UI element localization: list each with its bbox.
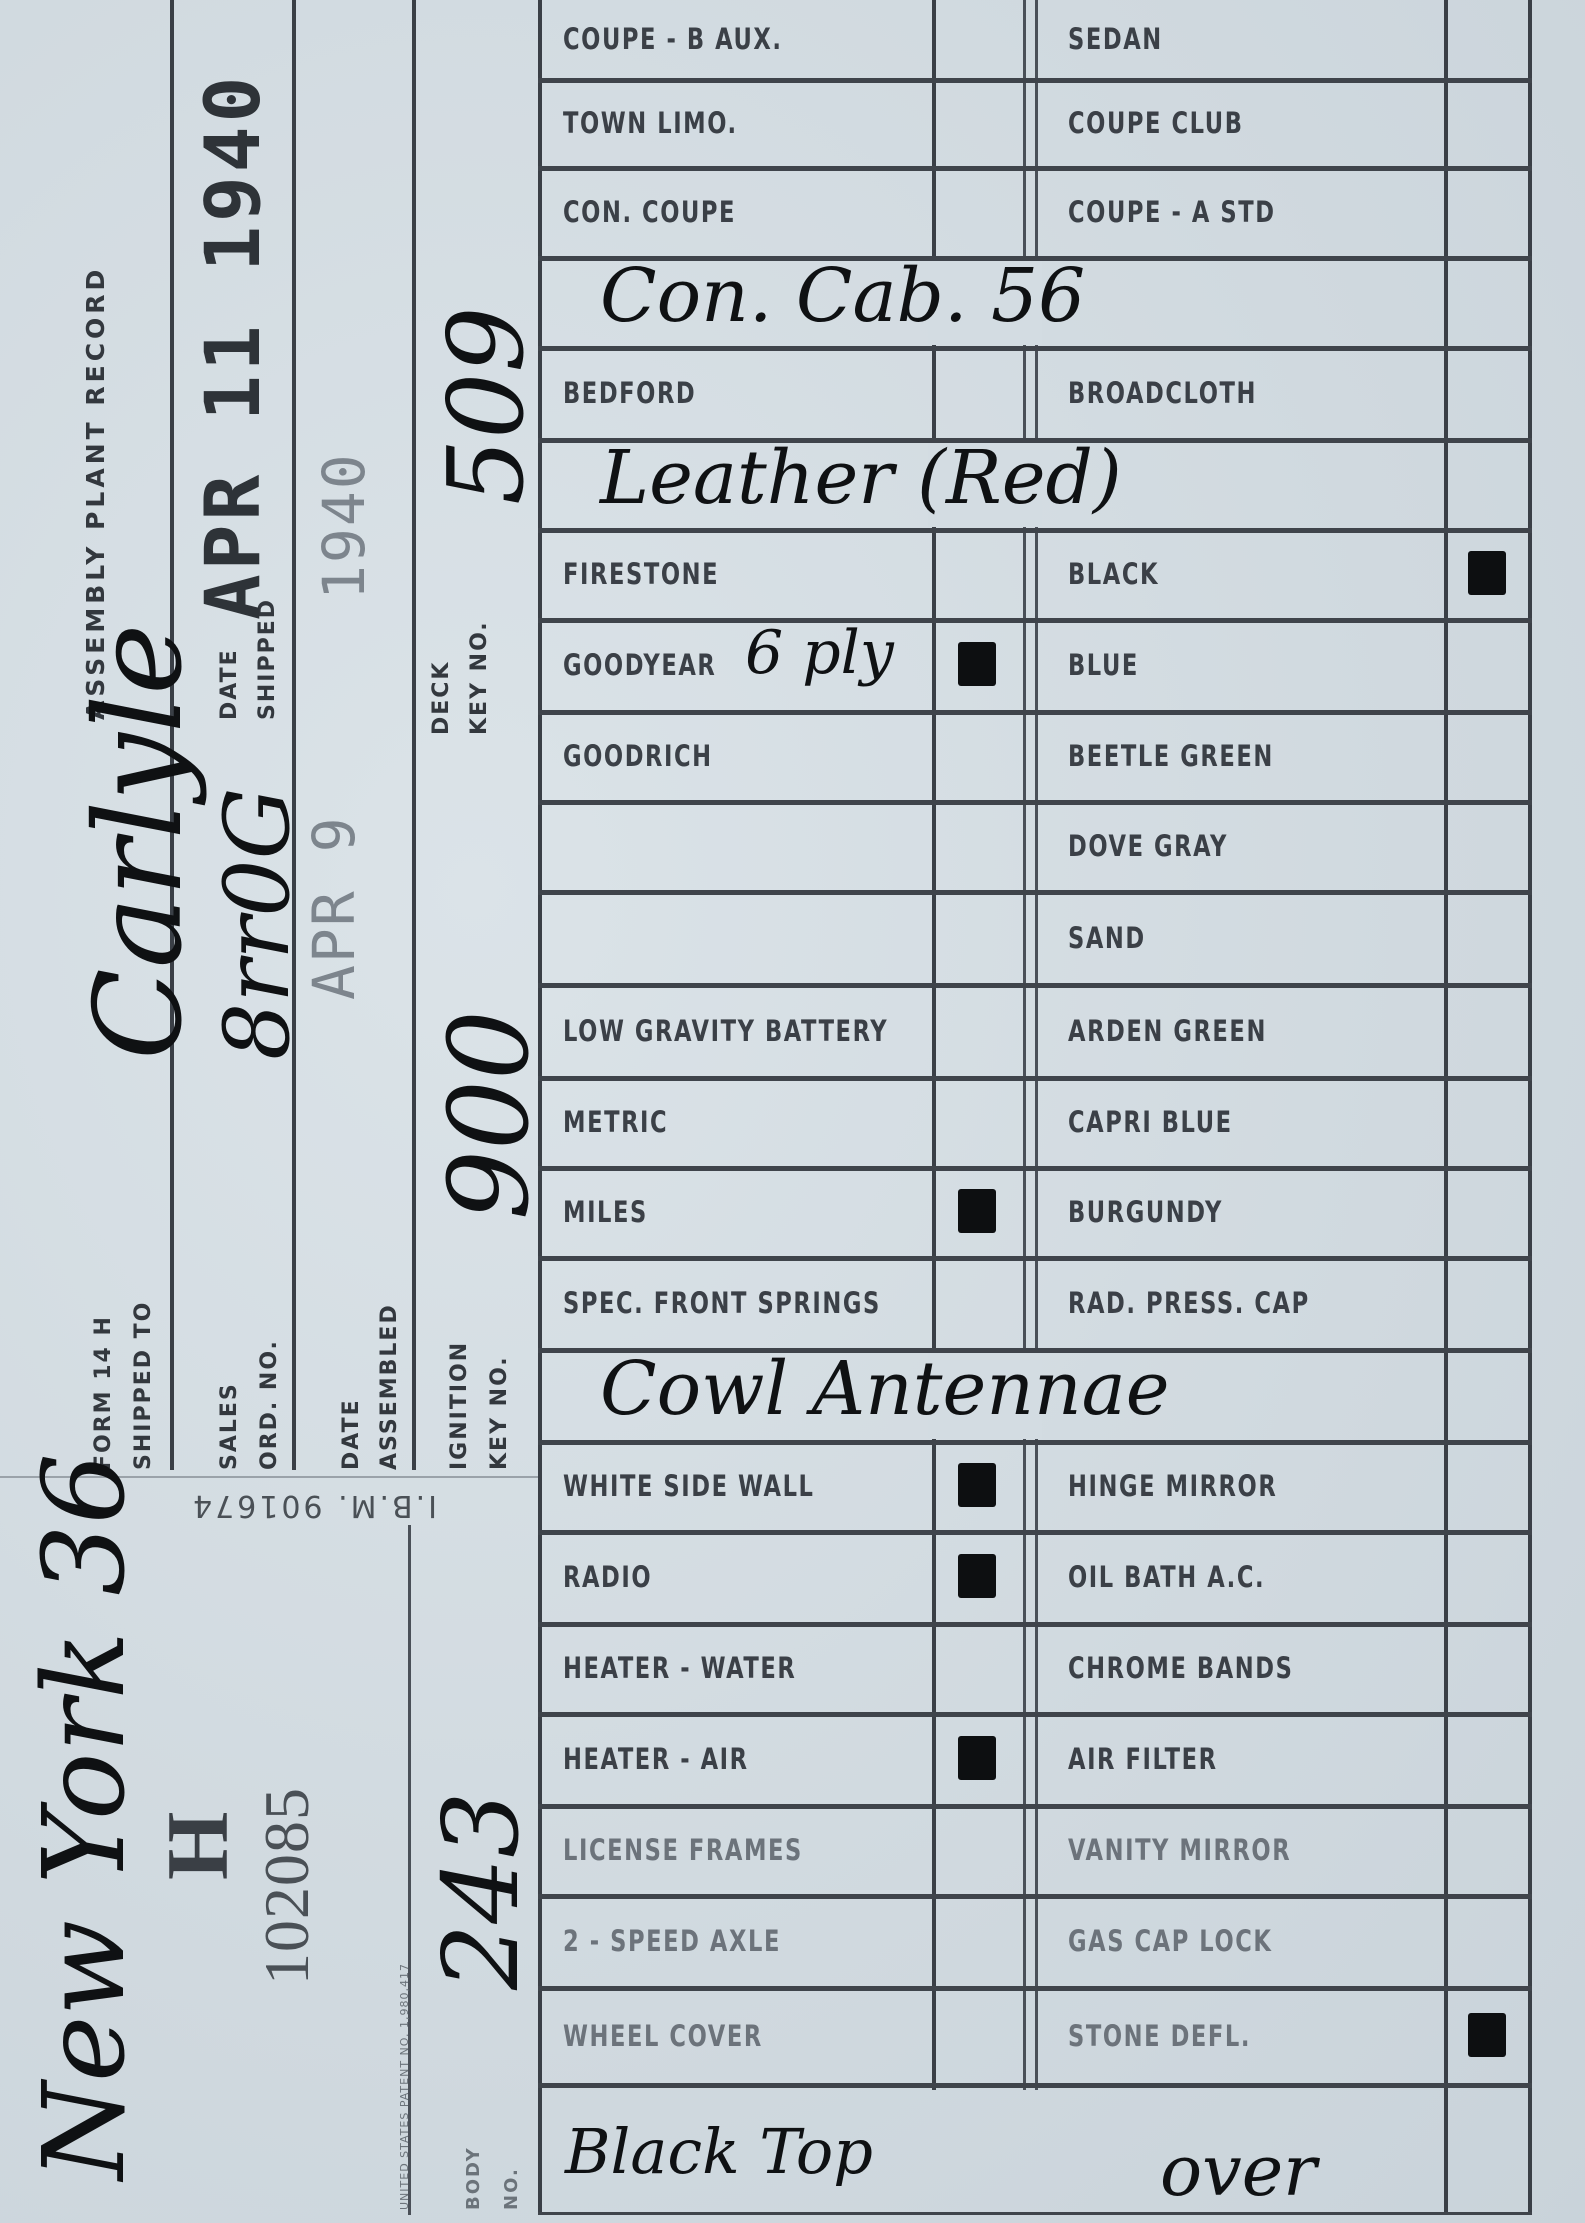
option-label-left: LOW GRAVITY BATTERY [563,1014,888,1048]
grid-right-border [1528,0,1532,2215]
left-divider-2 [292,0,296,1470]
patent-text: UNITED STATES PATENT NO. 1,980,417 [398,1963,411,2210]
deck-key-label-1: DECK [430,661,454,735]
checkbox-left[interactable] [936,1171,1023,1255]
grid-row-line [538,78,1532,83]
date-assembled-day[interactable]: APR 9 [300,815,368,1000]
option-label-left: GOODRICH [563,739,713,773]
shipped-to-label: SHIPPED TO [132,1301,156,1470]
option-label-right: BROADCLOTH [1068,376,1257,410]
handwritten-row-span [936,443,1444,527]
date-assembled-label-1: DATE [340,1398,364,1470]
sales-order-number[interactable]: 8rr0G [205,788,310,1060]
grid-row-line [538,1622,1532,1627]
option-label-right: STONE DEFL. [1068,2019,1251,2053]
option-label-right: RAD. PRESS. CAP [1068,1286,1310,1320]
checkbox-right[interactable] [1448,623,1528,709]
check-mark-icon [958,642,996,686]
check-mark-icon [958,1189,996,1233]
option-label-right: AIR FILTER [1068,1742,1218,1776]
date-shipped-value[interactable]: APR 11 1940 [188,73,277,620]
grid-row-line [538,1440,1532,1445]
check-mark-icon [1468,2013,1506,2057]
grid-row-line [538,1076,1532,1081]
grid-row-line [538,1894,1532,1899]
checkbox-right[interactable] [1448,1535,1528,1621]
grid-row-line [538,1166,1532,1171]
checkbox-right[interactable] [1448,895,1528,982]
checkbox-right[interactable] [1448,715,1528,799]
option-label-left: SPEC. FRONT SPRINGS [563,1286,881,1320]
ibm-form-number: I.B.M. 901674 [190,1488,437,1523]
option-label-left: BEDFORD [563,376,696,410]
grid-row-line [538,1530,1532,1535]
option-note: 6 ply [745,618,894,688]
option-label-right: CAPRI BLUE [1068,1105,1233,1139]
checkbox-right[interactable] [1448,1899,1528,1985]
body-number-handwritten[interactable]: 243 [420,1791,542,1990]
ord-no-label: ORD. NO. [258,1339,282,1470]
grid-row-line [538,800,1532,805]
deck-key-label-2: KEY NO. [468,620,492,735]
grid-row-line [538,983,1532,988]
option-label-right: BEETLE GREEN [1068,739,1274,773]
option-label-right: HINGE MIRROR [1068,1469,1277,1503]
option-label-left: LICENSE FRAMES [563,1833,803,1867]
grid-row-line [538,710,1532,715]
checkbox-right[interactable] [1448,1627,1528,1711]
body-stamp-number: 102085 [250,1787,324,1985]
handwritten-row-span [936,261,1444,345]
checkbox-left[interactable] [936,3,1023,77]
option-label-right: SEDAN [1068,22,1163,56]
checkbox-left[interactable] [936,171,1023,255]
form-number-label: FORM 14 H [92,1315,116,1470]
option-label-left: COUPE - B AUX. [563,22,783,56]
left-divider-3 [412,0,416,1470]
date-assembled-label-2: ASSEMBLED [378,1303,402,1470]
date-assembled-year[interactable]: 1940 [310,452,378,600]
option-label-right: VANITY MIRROR [1068,1833,1291,1867]
option-label-left: HEATER - WATER [563,1651,796,1685]
checkbox-right[interactable] [1448,1445,1528,1529]
grid-row-line [538,1256,1532,1261]
checkbox-right[interactable] [1448,1081,1528,1165]
grid-row-line [538,1804,1532,1809]
grid-row-line [538,2083,1532,2088]
checkbox-left[interactable] [936,83,1023,165]
body-stamp-letter: H [148,1811,249,1880]
checkbox-left[interactable] [936,1535,1023,1621]
check-mark-icon [958,1554,996,1598]
option-label-right: CHROME BANDS [1068,1651,1293,1685]
grid-row-line [538,528,1532,533]
checkbox-right[interactable] [1448,1261,1528,1347]
option-label-right: OIL BATH A.C. [1068,1560,1265,1594]
option-label-left: MILES [563,1195,648,1229]
checkbox-left[interactable] [936,1445,1023,1529]
deck-key-number[interactable]: 509 [425,306,547,505]
option-label-right: ARDEN GREEN [1068,1014,1267,1048]
option-label-left: HEATER - AIR [563,1742,749,1776]
option-label-right: COUPE - A STD [1068,195,1276,229]
body-no-label-1: BODY [462,2146,486,2210]
grid-row-line [538,1986,1532,1991]
checkbox-right[interactable] [1448,3,1528,77]
body-no-label-2: NO. [500,2167,524,2210]
option-label-left: FIRESTONE [563,557,719,591]
checkbox-left[interactable] [936,1627,1023,1711]
body-destination-handwriting[interactable]: New York 36 [20,1453,150,2180]
option-label-right: COUPE CLUB [1068,106,1244,140]
checkbox-left[interactable] [936,895,1023,982]
option-label-right: DOVE GRAY [1068,829,1228,863]
option-label-left: TOWN LIMO. [563,106,738,140]
checkbox-left[interactable] [936,1261,1023,1347]
checkbox-left[interactable] [936,805,1023,889]
checkbox-right[interactable] [1448,83,1528,165]
option-label-right: GAS CAP LOCK [1068,1924,1272,1958]
option-label-left: RADIO [563,1560,652,1594]
checkbox-right[interactable] [1448,533,1528,617]
handwritten-row-span [936,1353,1444,1439]
option-label-left: 2 - SPEED AXLE [563,1924,781,1958]
check-mark-icon [958,1736,996,1780]
shipped-to-signature[interactable]: Carlyle [70,624,209,1060]
ignition-key-number[interactable]: 900 [425,1010,553,1220]
option-label-left: METRIC [563,1105,668,1139]
option-label-left: GOODYEAR [563,648,716,682]
option-label-left: CON. COUPE [563,195,736,229]
checkbox-right[interactable] [1448,988,1528,1075]
checkbox-left[interactable] [936,1809,1023,1893]
grid-row-line [538,890,1532,895]
checkbox-right[interactable] [1448,351,1528,437]
checkbox-right[interactable] [1448,1809,1528,1893]
date-shipped-label-1: DATE [218,648,242,720]
option-label-right: BLUE [1068,648,1139,682]
grid-row-line [538,1712,1532,1717]
checkbox-right[interactable] [1448,171,1528,255]
checkbox-left[interactable] [936,1899,1023,1985]
ignition-key-label-2: KEY NO. [488,1355,512,1470]
check-mark-icon [958,1463,996,1507]
grid-bottom-border [538,2212,1532,2215]
grid-row-line [538,618,1532,623]
sales-label: SALES [218,1382,242,1470]
option-label-left: WHITE SIDE WALL [563,1469,815,1503]
footer-handwriting-left[interactable]: Black Top [565,2115,873,2188]
option-label-right: BLACK [1068,557,1159,591]
option-label-left: WHEEL COVER [563,2019,763,2053]
checkbox-right[interactable] [1448,1171,1528,1255]
checkbox-right[interactable] [1448,805,1528,889]
assembly-plant-record-card: ASSEMBLY PLANT RECORD FORM 14 H SHIPPED … [0,0,1585,2223]
checkbox-left[interactable] [936,1081,1023,1165]
checkbox-left[interactable] [936,533,1023,617]
checkbox-left[interactable] [936,1991,1023,2082]
footer-handwriting-right[interactable]: over [1160,2130,1317,2212]
checkbox-left[interactable] [936,1717,1023,1803]
checkbox-right[interactable] [1448,1717,1528,1803]
ignition-key-label-1: IGNITION [448,1341,472,1470]
grid-row-line [538,346,1532,351]
option-label-right: SAND [1068,921,1146,955]
checkbox-left[interactable] [936,351,1023,437]
checkbox-left[interactable] [936,715,1023,799]
checkbox-right[interactable] [1448,1991,1528,2082]
check-mark-icon [1468,551,1506,595]
checkbox-left[interactable] [936,988,1023,1075]
checkbox-left[interactable] [936,623,1023,709]
option-label-right: BURGUNDY [1068,1195,1223,1229]
grid-row-line [538,166,1532,171]
